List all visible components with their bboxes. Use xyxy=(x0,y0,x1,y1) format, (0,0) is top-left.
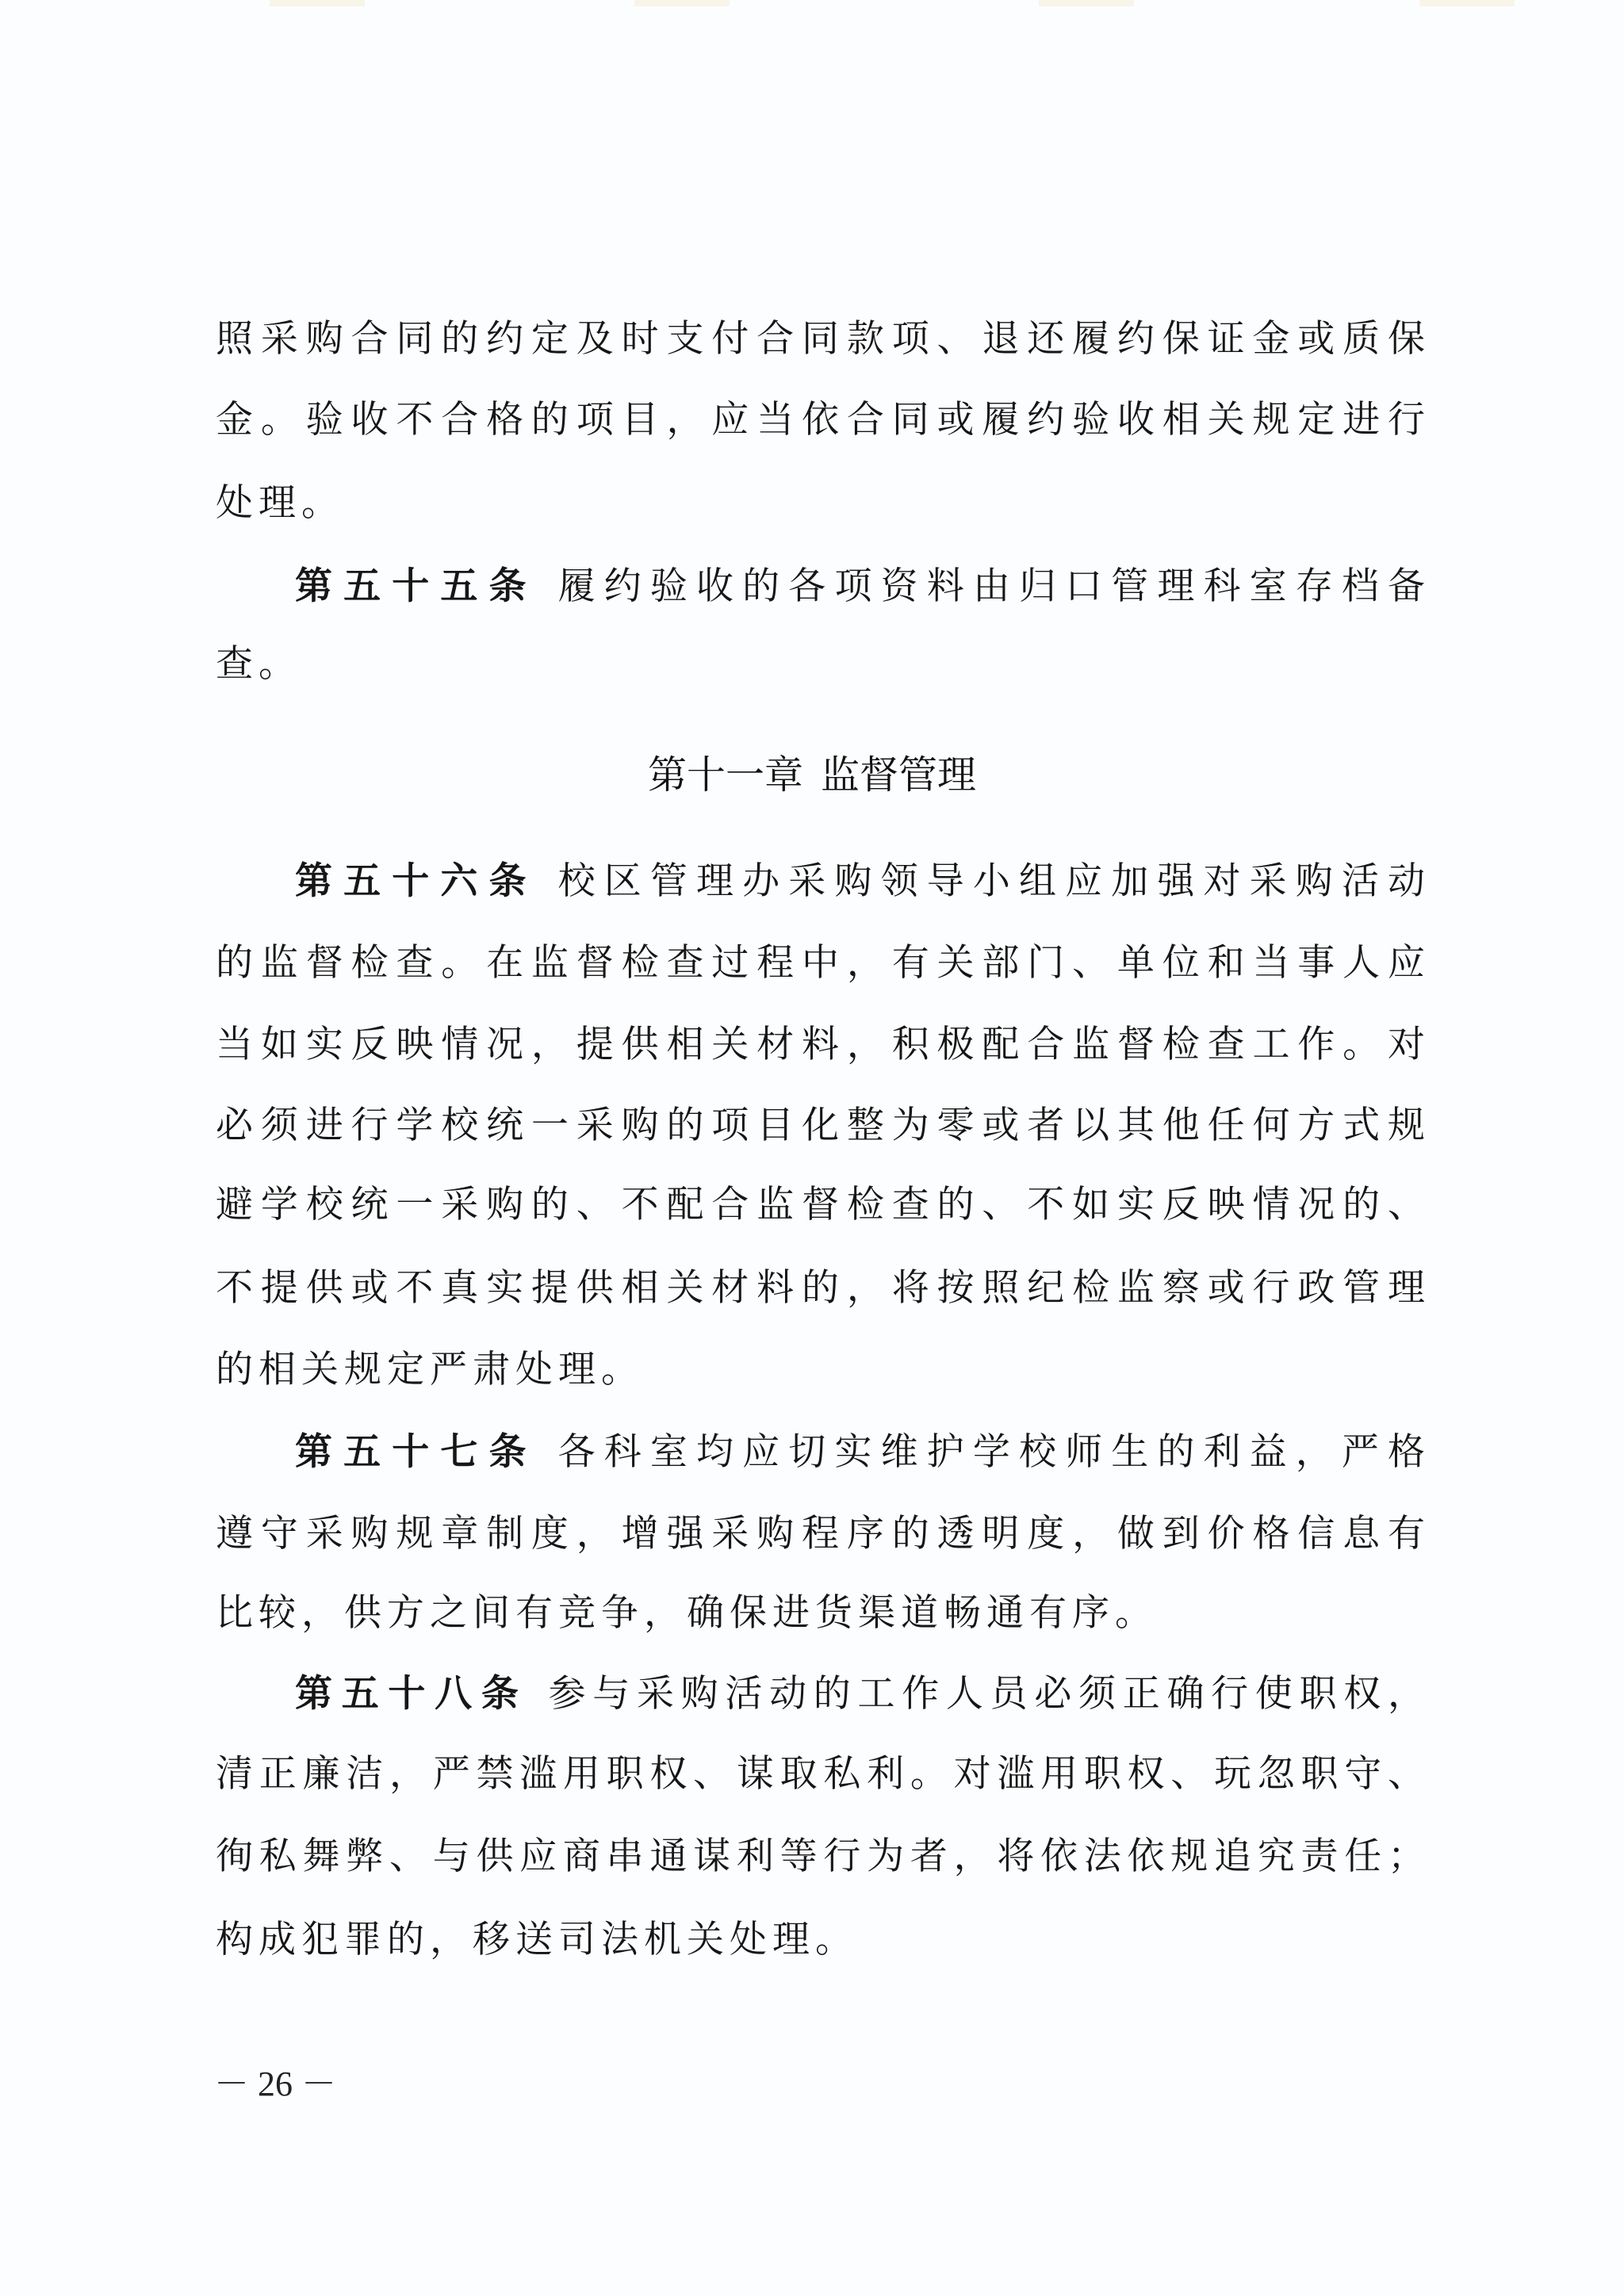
body-line: 必须进行学校统一采购的项目化整为零或者以其他任何方式规 xyxy=(216,1102,1425,1150)
article-text: 各科室均应切实维护学校师生的利益，严格 xyxy=(558,1430,1425,1474)
body-line: 照采购合同的约定及时支付合同款项、退还履约保证金或质保 xyxy=(216,316,1425,363)
body-line: 比较，供方之间有竞争，确保进货渠道畅通有序。 xyxy=(216,1590,1425,1637)
article-number: 第五十六条 xyxy=(295,859,538,903)
scan-artifact xyxy=(634,0,730,6)
article-55-line: 第五十五条履约验收的各项资料由归口管理科室存档备 xyxy=(295,563,1425,610)
chapter-heading: 第十一章监督管理 xyxy=(0,752,1624,799)
body-line: 不提供或不真实提供相关材料的，将按照纪检监察或行政管理 xyxy=(216,1265,1425,1312)
body-line: 构成犯罪的，移送司法机关处理。 xyxy=(216,1916,1425,1964)
body-line: 清正廉洁，严禁滥用职权、谋取私利。对滥用职权、玩忽职守、 xyxy=(216,1751,1425,1798)
body-line: 徇私舞弊、与供应商串通谋利等行为者，将依法依规追究责任； xyxy=(216,1833,1425,1881)
scan-artifact xyxy=(270,0,365,6)
article-number: 第五十七条 xyxy=(295,1430,538,1474)
scan-artifact xyxy=(1419,0,1515,6)
body-line: 的相关规定严肃处理。 xyxy=(216,1346,1425,1394)
body-line: 遵守采购规章制度，增强采购程序的透明度，做到价格信息有 xyxy=(216,1510,1425,1558)
body-line: 避学校统一采购的、不配合监督检查的、不如实反映情况的、 xyxy=(216,1181,1425,1229)
article-58-line: 第五十八条参与采购活动的工作人员必须正确行使职权， xyxy=(295,1670,1425,1718)
body-line: 金。验收不合格的项目，应当依合同或履约验收相关规定进行 xyxy=(216,396,1425,444)
article-number: 第五十八条 xyxy=(295,1672,528,1716)
article-text: 参与采购活动的工作人员必须正确行使职权， xyxy=(549,1672,1425,1716)
body-line: 的监督检查。在监督检查过程中，有关部门、单位和当事人应 xyxy=(216,939,1425,987)
article-56-line: 第五十六条校区管理办采购领导小组应加强对采购活动 xyxy=(295,858,1425,905)
article-text: 校区管理办采购领导小组应加强对采购活动 xyxy=(558,859,1425,903)
page-number: － 26 － xyxy=(214,2064,336,2104)
document-page: 照采购合同的约定及时支付合同款项、退还履约保证金或质保 金。验收不合格的项目，应… xyxy=(0,0,1624,2296)
body-line: 查。 xyxy=(216,641,1425,688)
body-line: 当如实反映情况，提供相关材料，积极配合监督检查工作。对 xyxy=(216,1021,1425,1069)
article-57-line: 第五十七条各科室均应切实维护学校师生的利益，严格 xyxy=(295,1429,1425,1476)
body-line: 处理。 xyxy=(216,480,1425,527)
chapter-number: 第十一章 xyxy=(648,752,803,798)
article-text: 履约验收的各项资料由归口管理科室存档备 xyxy=(558,564,1425,608)
scan-artifact xyxy=(1039,0,1134,6)
article-number: 第五十五条 xyxy=(295,564,538,608)
chapter-title: 监督管理 xyxy=(821,752,976,798)
